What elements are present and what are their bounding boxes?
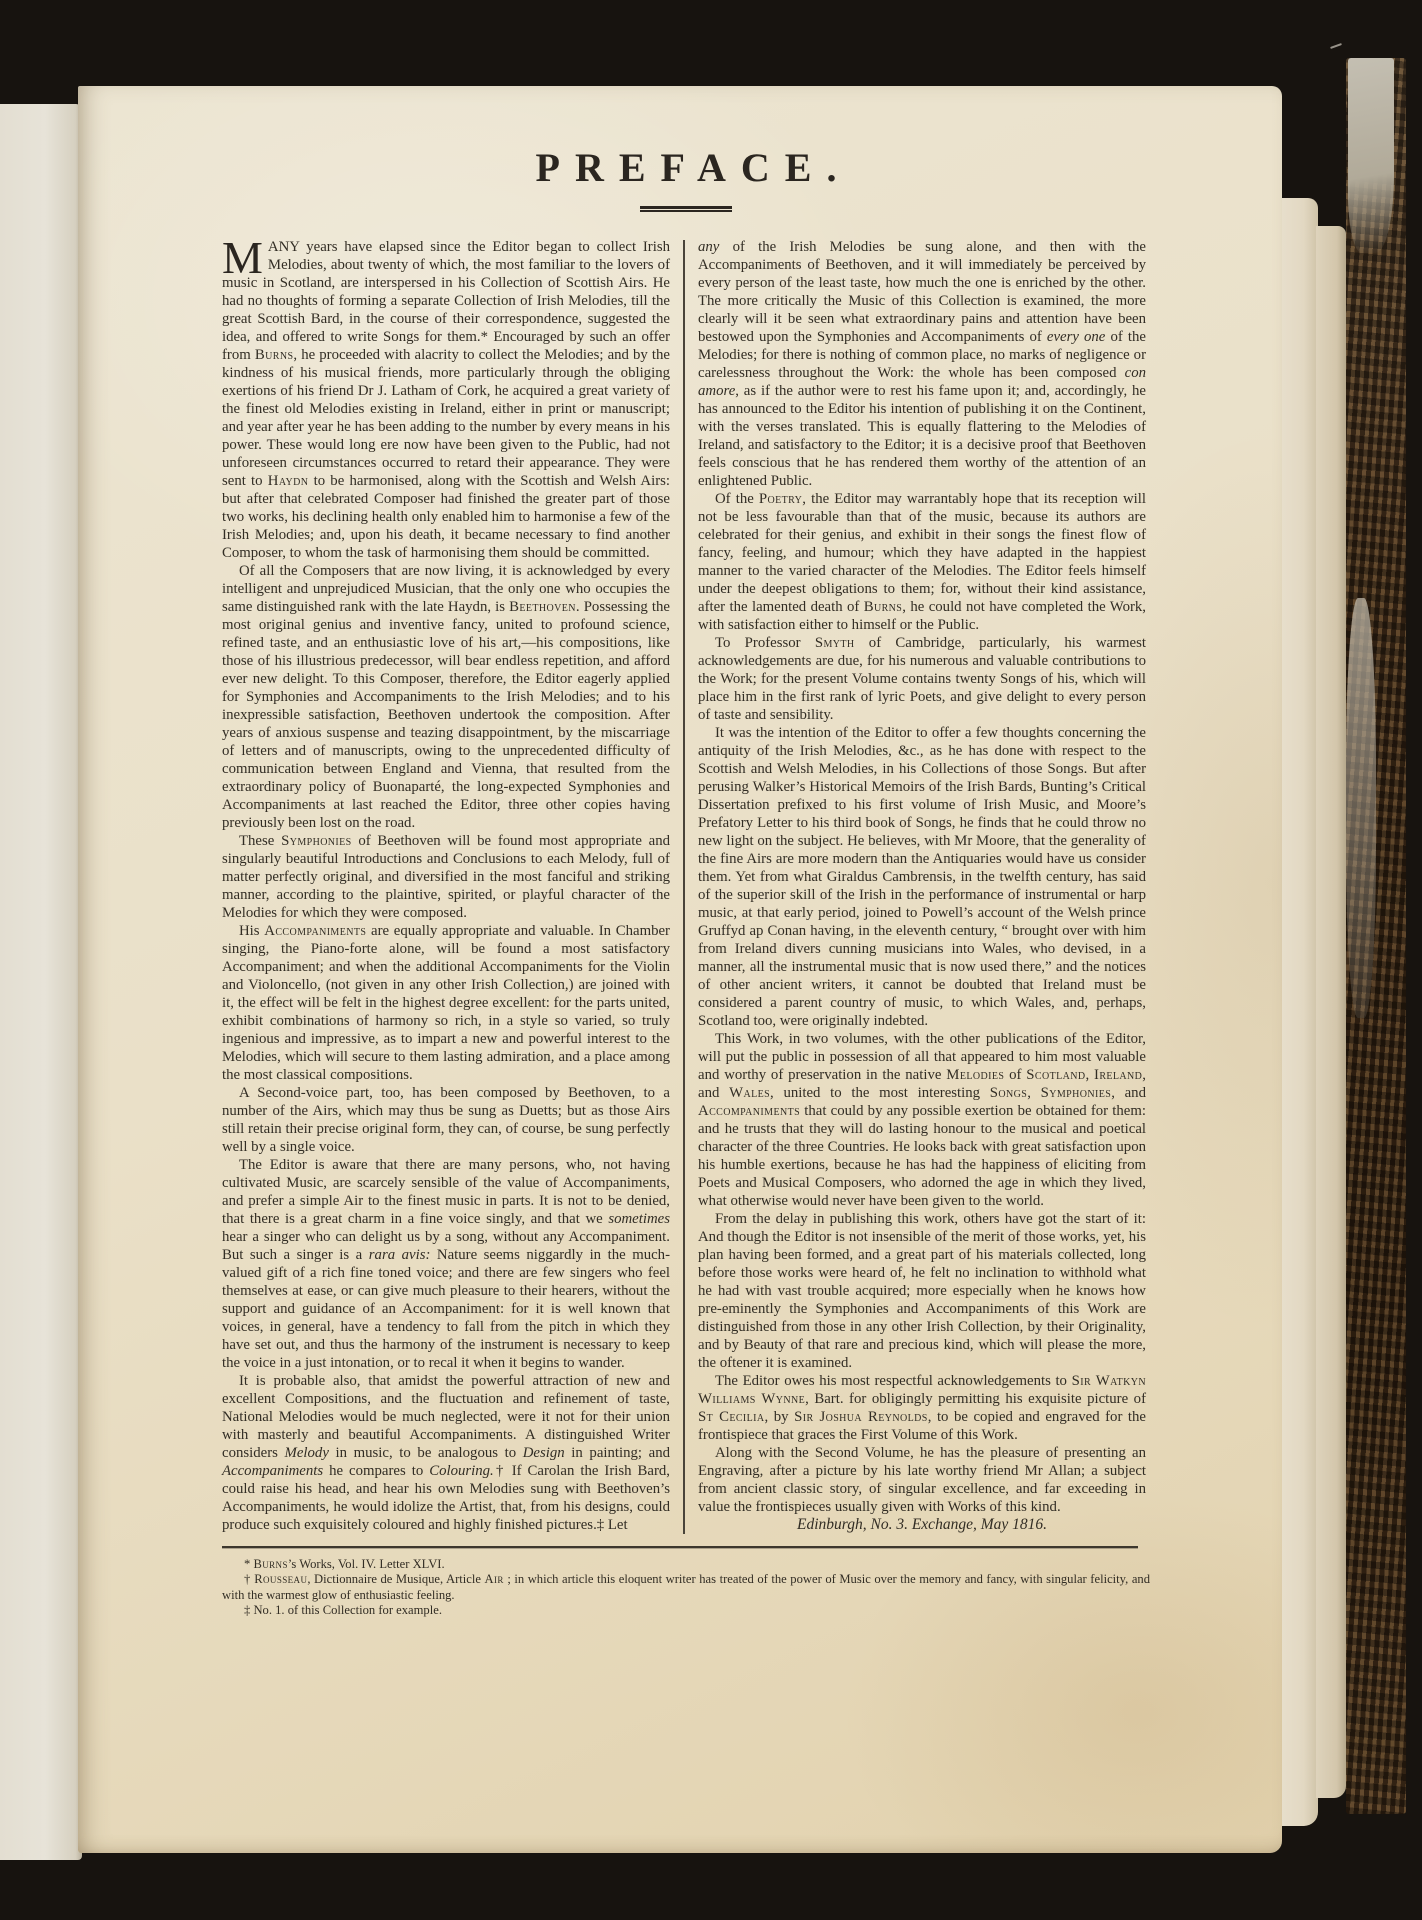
backdrop-fibre (1330, 43, 1342, 49)
paragraph: The Editor owes his most respectful ackn… (698, 1372, 1146, 1444)
dateline: Edinburgh, No. 3. Exchange, May 1816. (698, 1516, 1146, 1534)
paragraph: To Professor Smyth of Cambridge, particu… (698, 634, 1146, 724)
footnote: † Rousseau, Dictionnaire de Musique, Art… (222, 1572, 1150, 1603)
paragraph: any of the Irish Melodies be sung alone,… (698, 238, 1146, 490)
paragraph: Of the Poetry, the Editor may warrantabl… (698, 490, 1146, 634)
paragraph: MANY years have elapsed since the Editor… (222, 238, 670, 562)
spine-tear-patch (1346, 598, 1376, 1018)
paragraph: From the delay in publishing this work, … (698, 1210, 1146, 1372)
paragraph: His Accompaniments are equally appropria… (222, 922, 670, 1084)
spine-tear-patch (1348, 58, 1394, 253)
paragraph: These Symphonies of Beethoven will be fo… (222, 832, 670, 922)
underlying-page-edge (1282, 198, 1318, 1826)
paragraph: The Editor is aware that there are many … (222, 1156, 670, 1372)
paragraph: Along with the Second Volume, he has the… (698, 1444, 1146, 1516)
text-columns: MANY years have elapsed since the Editor… (222, 238, 1150, 1534)
paragraph: This Work, in two volumes, with the othe… (698, 1030, 1146, 1210)
title-block: PREFACE. (222, 144, 1150, 212)
photographed-book: { "document_type": "Scanned early-19th-c… (0, 0, 1422, 1920)
paragraph: A Second-voice part, too, has been compo… (222, 1084, 670, 1156)
page-content: PREFACE. MANY years have elapsed since t… (78, 86, 1150, 1619)
paragraph: It is probable also, that amidst the pow… (222, 1372, 670, 1534)
column-divider-rule (683, 240, 685, 1534)
title-double-rule (640, 206, 732, 212)
paragraph: Of all the Composers that are now living… (222, 562, 670, 832)
paragraph: It was the intention of the Editor to of… (698, 724, 1146, 1030)
footnote: ‡ No. 1. of this Collection for example. (222, 1603, 1150, 1618)
left-column: MANY years have elapsed since the Editor… (222, 238, 670, 1534)
right-column: any of the Irish Melodies be sung alone,… (698, 238, 1146, 1534)
footnote-separator-rule (222, 1546, 1138, 1549)
page-title: PREFACE. (222, 144, 1150, 191)
footnote: * Burns’s Works, Vol. IV. Letter XLVI. (222, 1557, 1150, 1572)
worn-spine-edge (1346, 58, 1406, 1814)
page-stack-edge (1316, 226, 1346, 1798)
facing-page-edge (0, 104, 82, 1860)
footnotes: * Burns’s Works, Vol. IV. Letter XLVI. †… (222, 1557, 1150, 1619)
book-page: PREFACE. MANY years have elapsed since t… (78, 86, 1282, 1853)
